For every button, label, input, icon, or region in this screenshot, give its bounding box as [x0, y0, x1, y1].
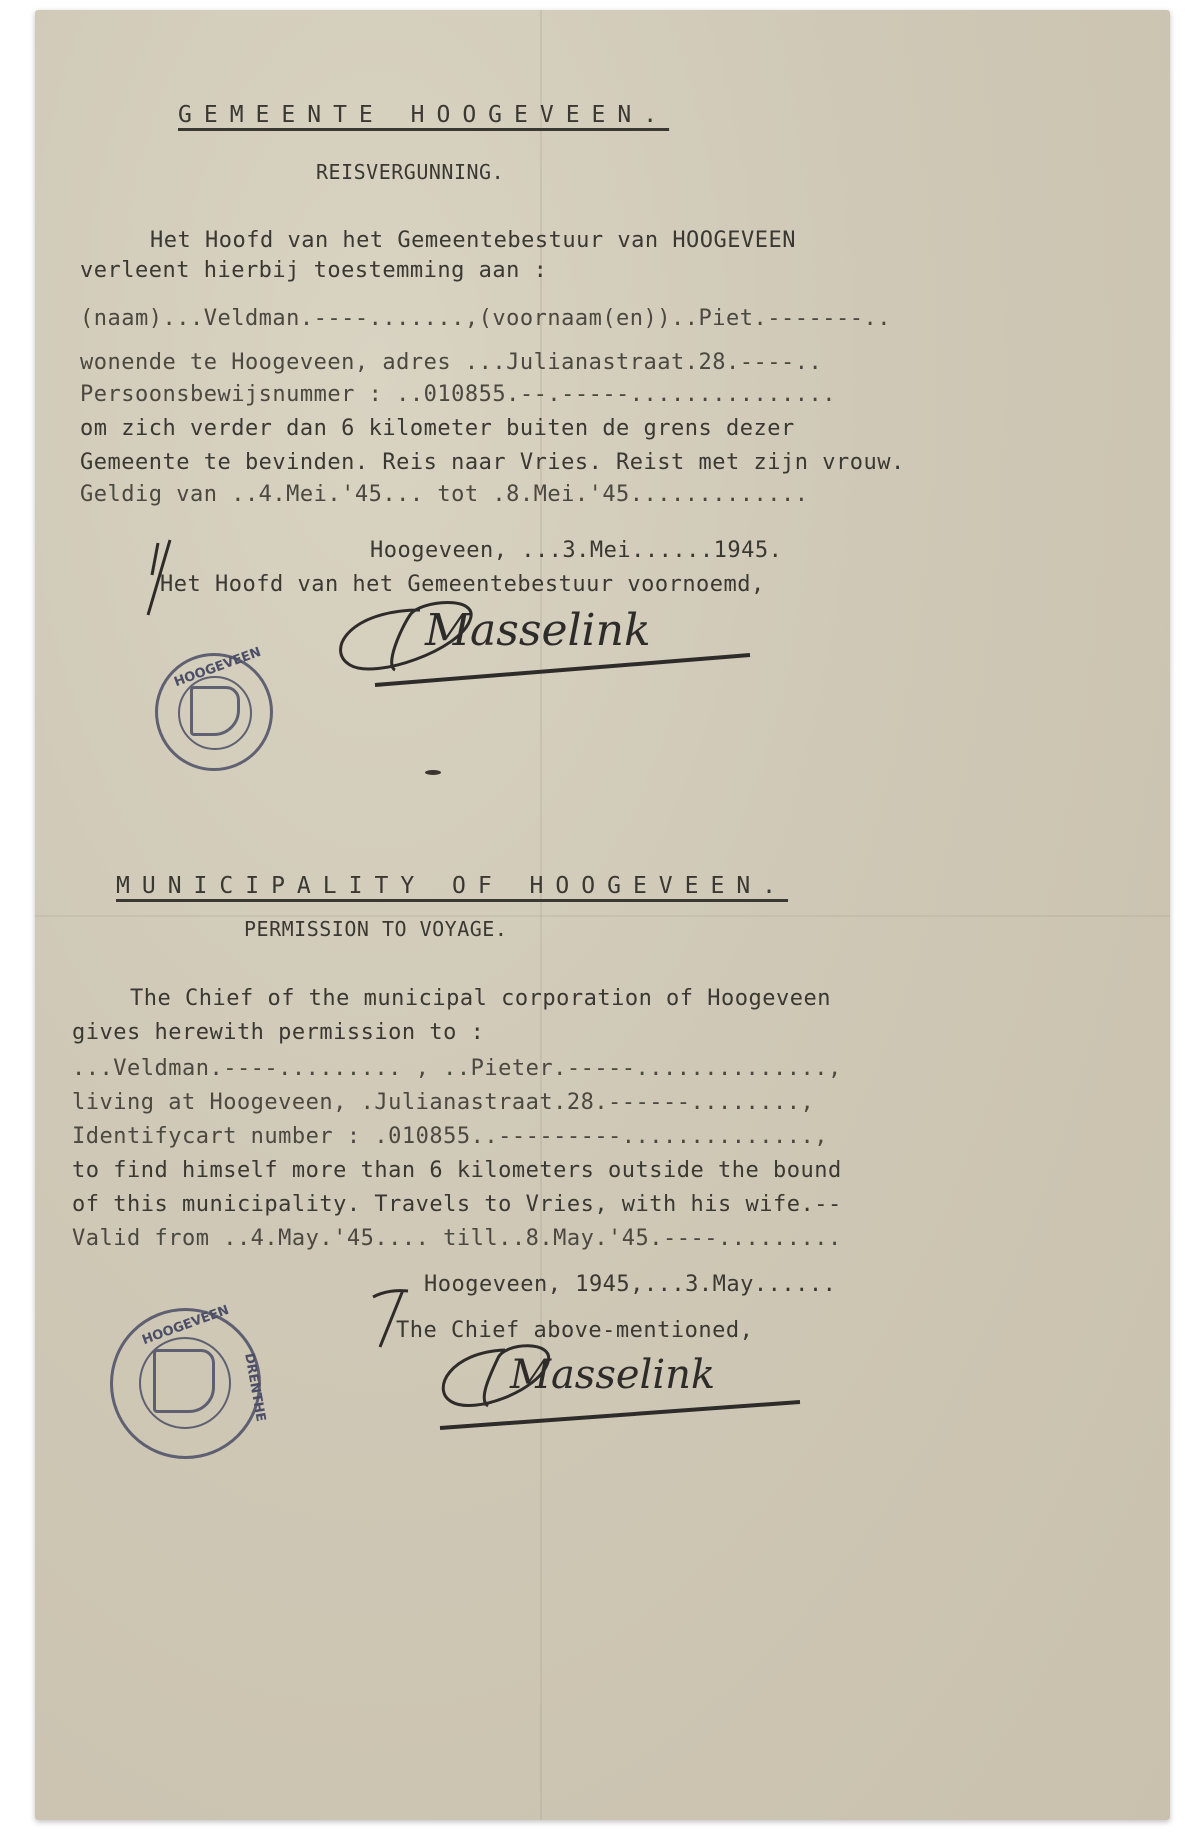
english-id-line: Identifycart number : .010855..---------… — [72, 1124, 828, 1149]
dutch-intro-line2: verleent hierbij toestemming aan : — [80, 258, 547, 283]
english-body-line2: of this municipality. Travels to Vries, … — [72, 1192, 842, 1217]
english-name-line: ...Veldman.----......... , ..Pieter.----… — [72, 1056, 842, 1081]
dutch-address-line: wonende te Hoogeveen, adres ...Julianast… — [80, 350, 822, 375]
initial-mark-icon — [130, 535, 190, 625]
initial-mark-icon — [368, 1285, 418, 1355]
english-heading: MUNICIPALITY OF HOOGEVEEN. — [116, 873, 788, 899]
ink-mark — [425, 770, 441, 775]
english-valid-line: Valid from ..4.May.'45.... till..8.May.'… — [72, 1226, 842, 1251]
english-address-line: living at Hoogeveen, .Julianastraat.28.-… — [72, 1090, 814, 1115]
english-intro-line1: The Chief of the municipal corporation o… — [130, 986, 831, 1011]
dutch-title: REISVERGUNNING. — [316, 160, 504, 184]
english-place-date: Hoogeveen, 1945,...3.May...... — [424, 1272, 836, 1297]
dutch-body-line2: Gemeente te bevinden. Reis naar Vries. R… — [80, 450, 905, 475]
english-title: PERMISSION TO VOYAGE. — [244, 917, 507, 941]
dutch-valid-line: Geldig van ..4.Mei.'45... tot .8.Mei.'45… — [80, 482, 809, 507]
dutch-place-date: Hoogeveen, ...3.Mei......1945. — [370, 538, 782, 563]
dutch-body-line1: om zich verder dan 6 kilometer buiten de… — [80, 416, 795, 441]
signature-icon: Masselink — [330, 590, 770, 700]
fold-crease-horizontal — [35, 915, 1170, 917]
dutch-name-line: (naam)...Veldman.----.......,(voornaam(e… — [80, 306, 891, 331]
english-body-line1: to find himself more than 6 kilometers o… — [72, 1158, 842, 1183]
signature-icon: Masselink — [430, 1330, 810, 1440]
svg-text:Masselink: Masselink — [424, 605, 651, 656]
svg-text:Masselink: Masselink — [509, 1352, 715, 1398]
dutch-id-line: Persoonsbewijsnummer : ..010855.--.-----… — [80, 382, 836, 407]
dutch-intro-line1: Het Hoofd van het Gemeentebestuur van HO… — [150, 228, 796, 253]
dutch-heading: GEMEENTE HOOGEVEEN. — [178, 102, 669, 128]
english-intro-line2: gives herewith permission to : — [72, 1020, 484, 1045]
